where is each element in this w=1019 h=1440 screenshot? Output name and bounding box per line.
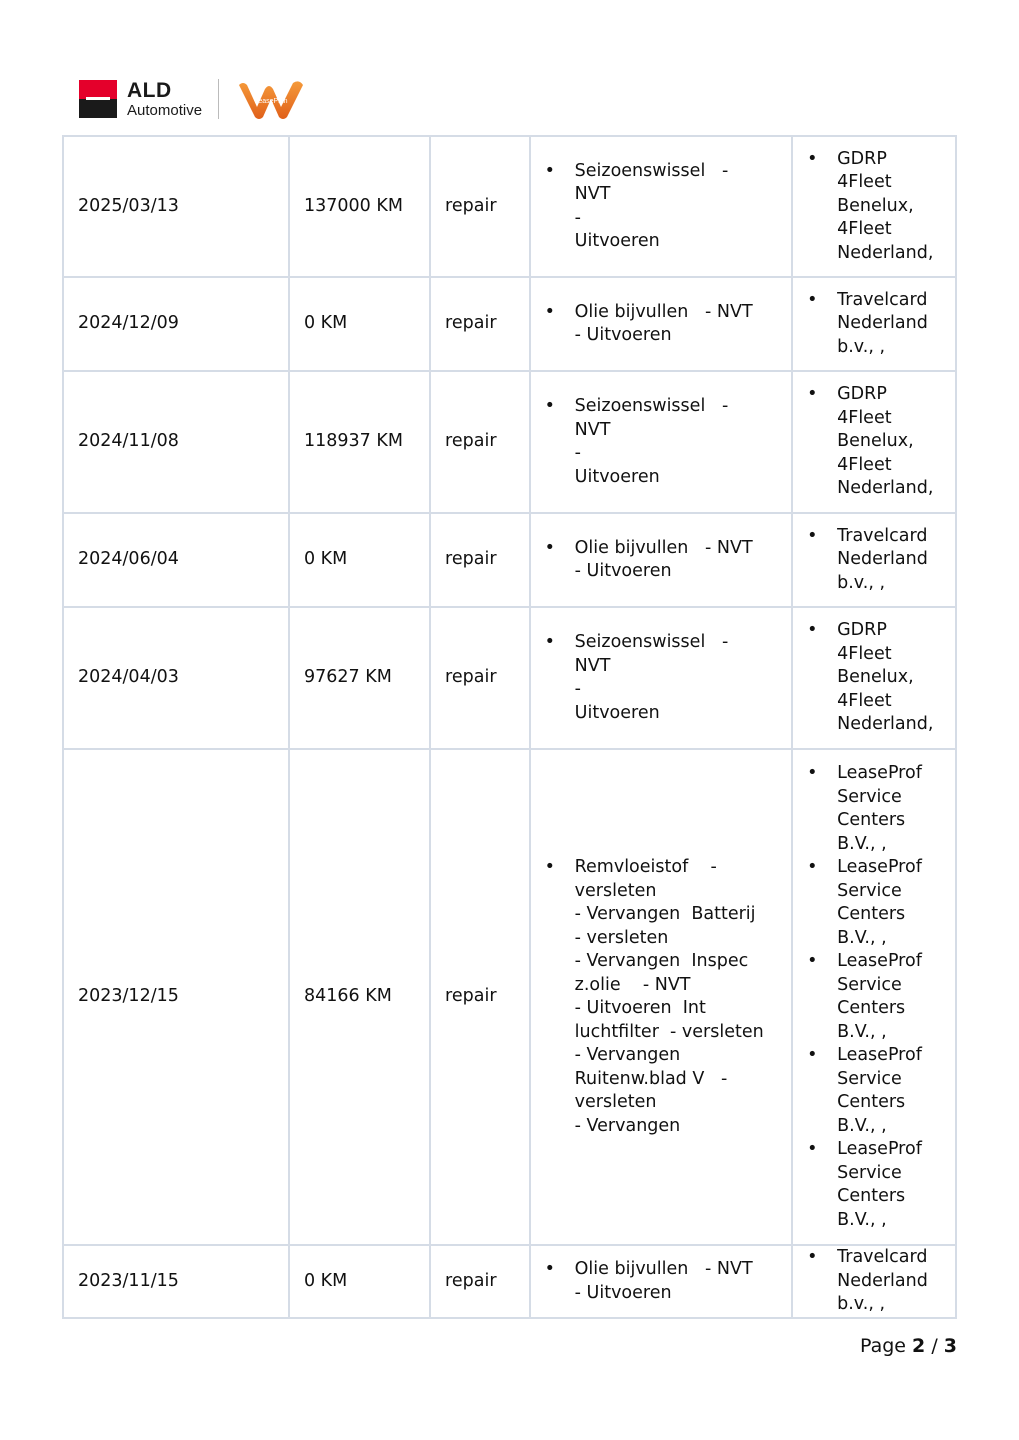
work-cell: •Olie bijvullen - NVT - Uitvoeren: [530, 277, 792, 371]
date-cell: 2025/03/13: [63, 136, 289, 277]
work-item-text: Remvloeistof - versleten - Vervangen Bat…: [575, 856, 764, 1138]
work-cell: •Olie bijvullen - NVT - Uitvoeren: [530, 1245, 792, 1318]
supplier-item: •GDRP 4Fleet Benelux, 4Fleet Nederland,: [807, 383, 941, 501]
supplier-item: •LeaseProf Service Centers B.V., ,: [807, 762, 941, 856]
work-item-text: Seizoenswissel - NVT - Uitvoeren: [575, 160, 777, 254]
maintenance-history-table: 2025/03/13137000 KMrepair•Seizoenswissel…: [62, 135, 957, 1319]
work-cell: •Seizoenswissel - NVT - Uitvoeren: [530, 371, 792, 513]
work-item: •Seizoenswissel - NVT - Uitvoeren: [545, 631, 777, 725]
date-cell: 2024/04/03: [63, 607, 289, 749]
date-cell: 2023/11/15: [63, 1245, 289, 1318]
date-cell: 2023/12/15: [63, 749, 289, 1245]
type-cell: repair: [430, 513, 530, 607]
date-cell: 2024/12/09: [63, 277, 289, 371]
type-cell: repair: [430, 1245, 530, 1318]
type-cell: repair: [430, 749, 530, 1245]
supplier-item: •LeaseProf Service Centers B.V., ,: [807, 856, 941, 950]
work-cell: •Seizoenswissel - NVT - Uitvoeren: [530, 607, 792, 749]
supplier-item-text: LeaseProf Service Centers B.V., ,: [837, 950, 922, 1044]
supplier-cell: •GDRP 4Fleet Benelux, 4Fleet Nederland,: [792, 607, 956, 749]
work-cell: •Seizoenswissel - NVT - Uitvoeren: [530, 136, 792, 277]
supplier-item: •LeaseProf Service Centers B.V., ,: [807, 950, 941, 1044]
supplier-item-text: GDRP 4Fleet Benelux, 4Fleet Nederland,: [837, 148, 933, 266]
page-label: Page: [860, 1335, 906, 1357]
ald-logo-icon: [79, 80, 117, 118]
type-cell: repair: [430, 136, 530, 277]
work-cell: •Remvloeistof - versleten - Vervangen Ba…: [530, 749, 792, 1245]
table-row: 2024/12/090 KMrepair•Olie bijvullen - NV…: [63, 277, 956, 371]
table-row: 2024/04/0397627 KMrepair•Seizoenswissel …: [63, 607, 956, 749]
page-indicator: Page 2 / 3: [860, 1335, 957, 1357]
table-row: 2025/03/13137000 KMrepair•Seizoenswissel…: [63, 136, 956, 277]
supplier-cell: •Travelcard Nederland b.v., ,: [792, 1245, 956, 1318]
logo-divider: [218, 79, 219, 119]
supplier-item-text: Travelcard Nederland b.v., ,: [837, 1246, 928, 1317]
bullet-icon: •: [545, 1258, 575, 1305]
table-row: 2023/12/1584166 KMrepair•Remvloeistof - …: [63, 749, 956, 1245]
supplier-cell: •Travelcard Nederland b.v., ,: [792, 277, 956, 371]
svg-text:LeasePlan: LeasePlan: [255, 98, 288, 105]
ald-brand-line2: Automotive: [127, 103, 202, 118]
mileage-cell: 0 KM: [289, 1245, 430, 1318]
mileage-cell: 137000 KM: [289, 136, 430, 277]
supplier-cell: •LeaseProf Service Centers B.V., ,•Lease…: [792, 749, 956, 1245]
supplier-item: •Travelcard Nederland b.v., ,: [807, 1246, 941, 1317]
bullet-icon: •: [545, 856, 575, 1138]
bullet-icon: •: [807, 950, 837, 1044]
supplier-item-text: Travelcard Nederland b.v., ,: [837, 525, 928, 596]
type-cell: repair: [430, 371, 530, 513]
date-cell: 2024/06/04: [63, 513, 289, 607]
work-item-text: Olie bijvullen - NVT - Uitvoeren: [575, 301, 753, 348]
bullet-icon: •: [545, 301, 575, 348]
bullet-icon: •: [807, 383, 837, 501]
supplier-cell: •Travelcard Nederland b.v., ,: [792, 513, 956, 607]
page-current: 2: [912, 1335, 925, 1357]
table-row: 2023/11/150 KMrepair•Olie bijvullen - NV…: [63, 1245, 956, 1318]
supplier-item-text: GDRP 4Fleet Benelux, 4Fleet Nederland,: [837, 619, 933, 737]
supplier-item: •Travelcard Nederland b.v., ,: [807, 525, 941, 596]
mileage-cell: 84166 KM: [289, 749, 430, 1245]
date-cell: 2024/11/08: [63, 371, 289, 513]
mileage-cell: 118937 KM: [289, 371, 430, 513]
bullet-icon: •: [807, 289, 837, 360]
work-item-text: Seizoenswissel - NVT - Uitvoeren: [575, 395, 777, 489]
supplier-item-text: LeaseProf Service Centers B.V., ,: [837, 1138, 922, 1232]
supplier-item-text: LeaseProf Service Centers B.V., ,: [837, 1044, 922, 1138]
mileage-cell: 0 KM: [289, 513, 430, 607]
table-row: 2024/06/040 KMrepair•Olie bijvullen - NV…: [63, 513, 956, 607]
header-logos: ALD Automotive LeasePlan: [79, 76, 307, 122]
type-cell: repair: [430, 277, 530, 371]
supplier-item: •LeaseProf Service Centers B.V., ,: [807, 1138, 941, 1232]
supplier-cell: •GDRP 4Fleet Benelux, 4Fleet Nederland,: [792, 136, 956, 277]
supplier-item: •GDRP 4Fleet Benelux, 4Fleet Nederland,: [807, 619, 941, 737]
work-item: •Olie bijvullen - NVT - Uitvoeren: [545, 1258, 777, 1305]
mileage-cell: 0 KM: [289, 277, 430, 371]
table-row: 2024/11/08118937 KMrepair•Seizoenswissel…: [63, 371, 956, 513]
work-item: •Seizoenswissel - NVT - Uitvoeren: [545, 395, 777, 489]
bullet-icon: •: [807, 762, 837, 856]
work-item-text: Olie bijvullen - NVT - Uitvoeren: [575, 537, 753, 584]
bullet-icon: •: [545, 631, 575, 725]
bullet-icon: •: [545, 160, 575, 254]
supplier-item-text: Travelcard Nederland b.v., ,: [837, 289, 928, 360]
supplier-cell: •GDRP 4Fleet Benelux, 4Fleet Nederland,: [792, 371, 956, 513]
supplier-item: •LeaseProf Service Centers B.V., ,: [807, 1044, 941, 1138]
bullet-icon: •: [545, 537, 575, 584]
bullet-icon: •: [807, 619, 837, 737]
bullet-icon: •: [807, 148, 837, 266]
bullet-icon: •: [807, 1044, 837, 1138]
supplier-item: •GDRP 4Fleet Benelux, 4Fleet Nederland,: [807, 148, 941, 266]
supplier-item-text: LeaseProf Service Centers B.V., ,: [837, 856, 922, 950]
page-separator: /: [931, 1335, 937, 1357]
bullet-icon: •: [545, 395, 575, 489]
ald-brand-line1: ALD: [127, 80, 202, 101]
work-item-text: Olie bijvullen - NVT - Uitvoeren: [575, 1258, 753, 1305]
bullet-icon: •: [807, 1246, 837, 1317]
leaseplan-logo-icon: LeasePlan: [235, 77, 307, 121]
work-item-text: Seizoenswissel - NVT - Uitvoeren: [575, 631, 777, 725]
work-item: •Olie bijvullen - NVT - Uitvoeren: [545, 301, 777, 348]
type-cell: repair: [430, 607, 530, 749]
page-total: 3: [944, 1335, 957, 1357]
work-cell: •Olie bijvullen - NVT - Uitvoeren: [530, 513, 792, 607]
supplier-item: •Travelcard Nederland b.v., ,: [807, 289, 941, 360]
work-item: •Seizoenswissel - NVT - Uitvoeren: [545, 160, 777, 254]
bullet-icon: •: [807, 1138, 837, 1232]
bullet-icon: •: [807, 525, 837, 596]
work-item: •Olie bijvullen - NVT - Uitvoeren: [545, 537, 777, 584]
ald-wordmark: ALD Automotive: [127, 80, 202, 118]
supplier-item-text: LeaseProf Service Centers B.V., ,: [837, 762, 922, 856]
supplier-item-text: GDRP 4Fleet Benelux, 4Fleet Nederland,: [837, 383, 933, 501]
work-item: •Remvloeistof - versleten - Vervangen Ba…: [545, 856, 777, 1138]
mileage-cell: 97627 KM: [289, 607, 430, 749]
bullet-icon: •: [807, 856, 837, 950]
